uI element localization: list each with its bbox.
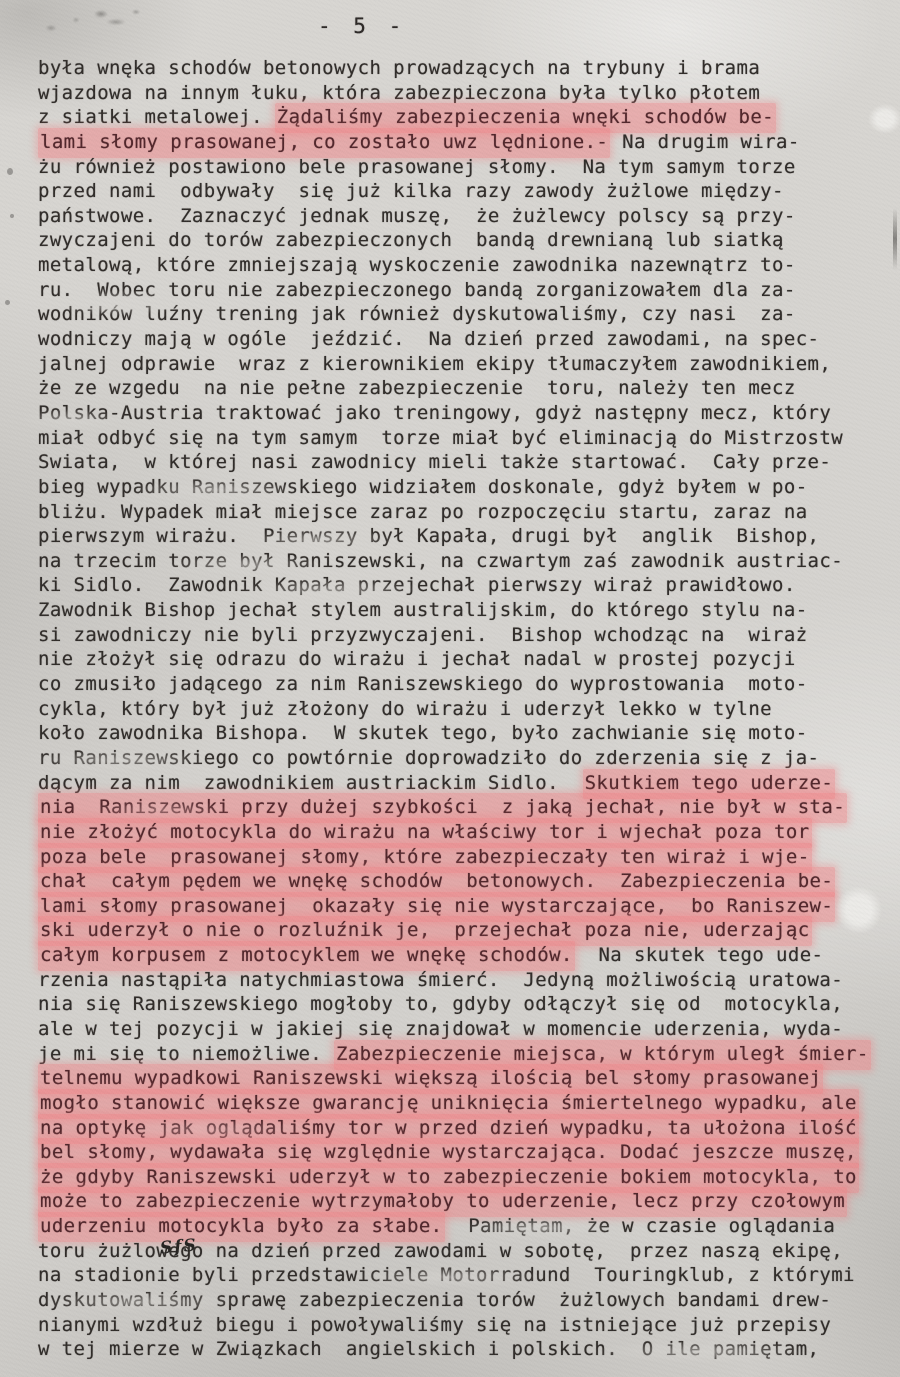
text-segment: miał odbyć się na tym samym torze miał b… — [38, 427, 843, 449]
text-line: żu również postawiono bele prasowanej sł… — [38, 155, 878, 180]
paper-smudge — [16, 2, 186, 38]
text-line: je mi się to niemożliwe. Zabezpieczenie … — [38, 1042, 878, 1067]
text-segment: Zawodnik Bishop jechał stylem australijs… — [38, 599, 808, 621]
text-line: pierwszym wirażu. Pierwszy był Kapała, d… — [38, 524, 878, 549]
text-line: mogło stanowić większe gwarancję uniknię… — [38, 1091, 878, 1116]
highlighted-text: całym korpusem z motocyklem we wnękę sch… — [38, 941, 575, 971]
text-line: na trzecim torze był Raniszewski, na czw… — [38, 549, 878, 574]
text-line: si zawodniczy nie byli przyzwyczajeni. B… — [38, 623, 878, 648]
text-segment: nianymi wzdłuż biegu i powoływaliśmy się… — [38, 1314, 831, 1336]
text-line: telnemu wypadkowi Raniszewski większą il… — [38, 1066, 878, 1091]
text-line: wjazdowa na innym łuku, która zabezpiecz… — [38, 81, 878, 106]
text-segment: nie złożył się odrazu do wirażu i jechał… — [38, 648, 796, 670]
text-line: co zmusiło jadącego za nim Raniszewskieg… — [38, 672, 878, 697]
text-line: zwyczajeni do torów zabezpieczonych band… — [38, 228, 878, 253]
text-segment: ru. Wobec toru nie zabezpieczonego bandą… — [38, 279, 796, 301]
text-segment: była wnęka schodów betonowych prowadzący… — [38, 57, 760, 79]
text-line: miał odbyć się na tym samym torze miał b… — [38, 426, 878, 451]
text-segment: jalnej odprawie wraz z kierownikiem ekip… — [38, 353, 831, 375]
text-segment: w tej mierze w Związkach angielskich i p… — [38, 1338, 819, 1360]
text-segment: na stadionie byli przedstawiciele Motorr… — [38, 1264, 855, 1286]
text-segment: Na skutek tego ude- — [575, 944, 824, 966]
text-line: ki Sidlo. Zawodnik Kapała przejechał pie… — [38, 573, 878, 598]
text-line: bieg wypadku Raniszewskiego widziałem do… — [38, 475, 878, 500]
text-segment: wodników luźny trening jak również dysku… — [38, 303, 796, 325]
text-line: poza bele prasowanej słomy, które zabezp… — [38, 845, 878, 870]
text-segment: Polska-Austria traktować jako treningowy… — [38, 402, 831, 424]
text-line: na optykę jak oglądaliśmy tor w przed dz… — [38, 1116, 878, 1141]
text-line: że ze wzgedu na nie pełne zabezpieczenie… — [38, 376, 878, 401]
text-line: wodników luźny trening jak również dysku… — [38, 302, 878, 327]
text-segment: z siatki metalowej. — [38, 106, 275, 128]
text-segment: bliżu. Wypadek miał miejsce zaraz po roz… — [38, 501, 808, 523]
text-segment: Pamiętam, że w czasie oglądania — [445, 1215, 836, 1237]
text-segment: ale w tej pozycji w jakiej się znajdował… — [38, 1018, 843, 1040]
text-segment: bieg wypadku Raniszewskiego widziałem do… — [38, 476, 808, 498]
text-segment: dyskutowaliśmy sprawę zabezpieczenia tor… — [38, 1289, 831, 1311]
text-segment: metalową, które zmniejszają wyskoczenie … — [38, 254, 796, 276]
paper-speck — [10, 214, 14, 218]
paper-speck — [5, 300, 10, 305]
text-line: ru Raniszewskiego co powtórnie doprowadz… — [38, 746, 878, 771]
text-segment: Na drugim wira- — [610, 131, 799, 153]
text-segment: ki Sidlo. Zawodnik Kapała przejechał pie… — [38, 574, 796, 596]
text-line: lami słomy prasowanej, co zostało uwz lę… — [38, 130, 878, 155]
text-line: dącym za nim zawodnikiem austriackim Sid… — [38, 771, 878, 796]
text-line: jalnej odprawie wraz z kierownikiem ekip… — [38, 352, 878, 377]
text-segment: wodniczy mają w ogóle jeździć. Na dzień … — [38, 328, 819, 350]
text-line: nianymi wzdłuż biegu i powoływaliśmy się… — [38, 1313, 878, 1338]
text-line: Polska-Austria traktować jako treningowy… — [38, 401, 878, 426]
text-line: z siatki metalowej. Żądaliśmy zabezpiecz… — [38, 105, 878, 130]
text-line: ale w tej pozycji w jakiej się znajdował… — [38, 1017, 878, 1042]
text-line: metalową, które zmniejszają wyskoczenie … — [38, 253, 878, 278]
text-segment: co zmusiło jadącego za nim Raniszewskieg… — [38, 673, 808, 695]
text-line: Zawodnik Bishop jechał stylem australijs… — [38, 598, 878, 623]
text-line: Swiata, w której nasi zawodnicy mieli ta… — [38, 450, 878, 475]
text-segment: je mi się to niemożliwe. — [38, 1043, 334, 1065]
text-line: że gdyby Raniszewski uderzył w to zabezp… — [38, 1165, 878, 1190]
text-line: bel słomy, wydawała się względnie wystar… — [38, 1140, 878, 1165]
page-number-heading: - 5 - — [318, 14, 406, 38]
text-line: nie złożył się odrazu do wirażu i jechał… — [38, 647, 878, 672]
text-line: może to zabezpieczenie wytrzymałoby to u… — [38, 1189, 878, 1214]
text-line: chał całym pędem we wnękę schodów betono… — [38, 869, 878, 894]
text-segment: na trzecim torze był Raniszewski, na czw… — [38, 550, 843, 572]
text-segment: państwowe. Zaznaczyć jednak muszę, że żu… — [38, 205, 796, 227]
text-line: koło zawodnika Bishopa. W skutek tego, b… — [38, 721, 878, 746]
text-segment: si zawodniczy nie byli przyzwyczajeni. B… — [38, 624, 808, 646]
text-line: lami słomy prasowanej okazały się nie wy… — [38, 894, 878, 919]
text-line: była wnęka schodów betonowych prowadzący… — [38, 56, 878, 81]
typewritten-text: była wnęka schodów betonowych prowadzący… — [38, 56, 878, 1362]
scanned-page: - 5 - była wnęka schodów betonowych prow… — [0, 0, 900, 1377]
text-segment: żu również postawiono bele prasowanej sł… — [38, 156, 796, 178]
text-line: przed nami odbywały się już kilka razy z… — [38, 179, 878, 204]
text-segment: dącym za nim zawodnikiem austriackim Sid… — [38, 772, 583, 794]
text-line: nie złożyć motocykla do wirażu na właści… — [38, 820, 878, 845]
text-line: dyskutowaliśmy sprawę zabezpieczenia tor… — [38, 1288, 878, 1313]
text-line: państwowe. Zaznaczyć jednak muszę, że żu… — [38, 204, 878, 229]
text-line: cykla, który był już złożony do wirażu i… — [38, 697, 878, 722]
text-line: ru. Wobec toru nie zabezpieczonego bandą… — [38, 278, 878, 303]
text-segment: wjazdowa na innym łuku, która zabezpiecz… — [38, 82, 760, 104]
text-line: ski uderzył o nie o rozluźnik je, przeje… — [38, 918, 878, 943]
text-line: uderzeniu motocykla było za słabe. Pamię… — [38, 1214, 878, 1239]
text-line: rzenia nastąpiła natychmiastowa śmierć. … — [38, 968, 878, 993]
scan-edge-streak — [893, 208, 897, 270]
highlighted-text: uderzeniu motocykla było za słabe. — [38, 1212, 445, 1242]
text-segment: cykla, który był już złożony do wirażu i… — [38, 698, 772, 720]
text-segment: koło zawodnika Bishopa. W skutek tego, b… — [38, 722, 808, 744]
text-line: w tej mierze w Związkach angielskich i p… — [38, 1337, 878, 1362]
highlighted-text: lami słomy prasowanej, co zostało uwz lę… — [38, 128, 610, 158]
text-line: na stadionie byli przedstawiciele Motorr… — [38, 1263, 878, 1288]
text-line: nia się Raniszewskiego mogłoby to, gdyby… — [38, 992, 878, 1017]
text-line: całym korpusem z motocyklem we wnękę sch… — [38, 943, 878, 968]
text-segment: przed nami odbywały się już kilka razy z… — [38, 180, 784, 202]
text-segment: pierwszym wirażu. Pierwszy był Kapała, d… — [38, 525, 819, 547]
text-line: wodniczy mają w ogóle jeździć. Na dzień … — [38, 327, 878, 352]
text-segment: rzenia nastąpiła natychmiastowa śmierć. … — [38, 969, 843, 991]
text-segment: ru Raniszewskiego co powtórnie doprowadz… — [38, 747, 819, 769]
text-segment: że ze wzgedu na nie pełne zabezpieczenie… — [38, 377, 796, 399]
paper-speck — [7, 168, 13, 175]
text-line: nia Raniszewski przy dużej szybkości z j… — [38, 795, 878, 820]
handwritten-annotation: SfS — [159, 1235, 198, 1258]
text-segment: Swiata, w której nasi zawodnicy mieli ta… — [38, 451, 831, 473]
text-line: bliżu. Wypadek miał miejsce zaraz po roz… — [38, 500, 878, 525]
text-segment: nia się Raniszewskiego mogłoby to, gdyby… — [38, 993, 843, 1015]
text-segment: zwyczajeni do torów zabezpieczonych band… — [38, 229, 784, 251]
